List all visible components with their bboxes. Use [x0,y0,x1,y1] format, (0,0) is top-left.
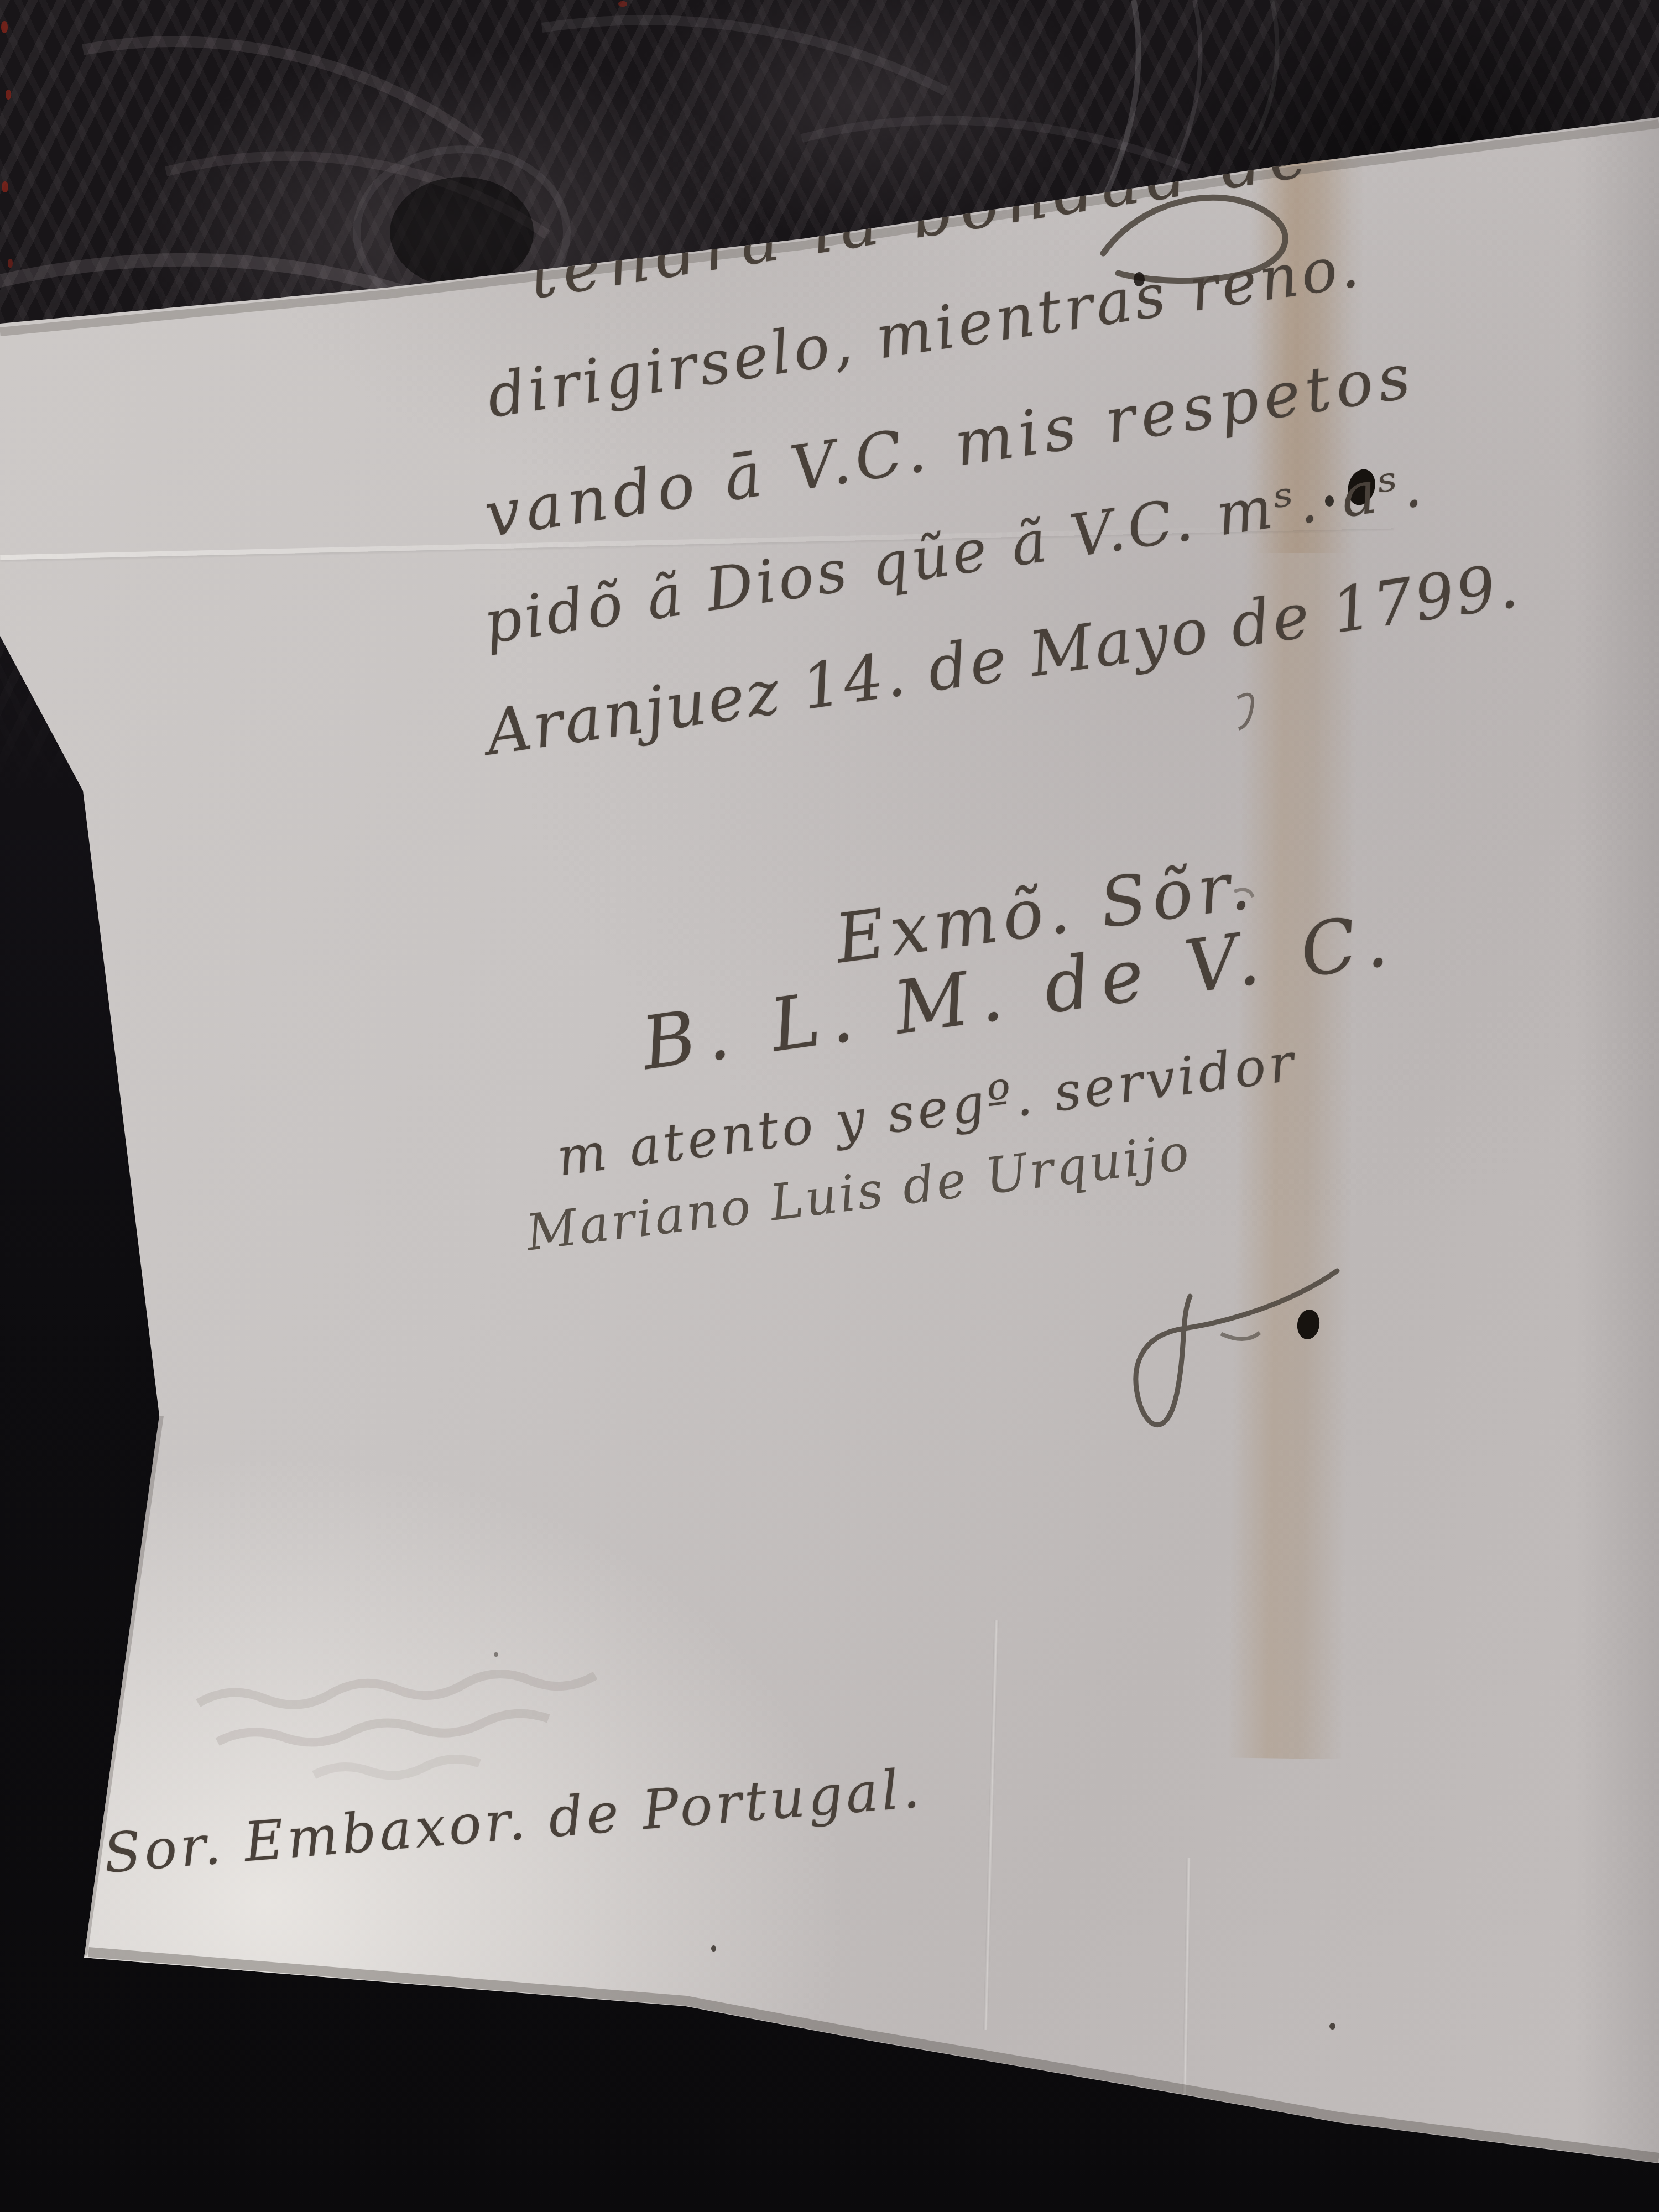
red-fleck [2,181,8,192]
letter-paper: tendra la bondad de dirigirselo, mientra… [0,0,1659,2212]
red-fleck [1,21,8,33]
signature-rubric-flourish [1136,1271,1337,1425]
verso-show-through [197,1667,601,1789]
stray-ink-mark [1238,695,1253,729]
red-fleck [6,90,11,100]
paper-speck [494,1652,498,1657]
manuscript-photo-scene: tendra la bondad de dirigirselo, mientra… [0,0,1659,2212]
paper-speck [1329,2023,1335,2030]
paper-speck [711,1945,716,1952]
rubric-hook [1221,1333,1260,1339]
red-fleck [618,1,627,7]
red-fleck [8,259,13,268]
